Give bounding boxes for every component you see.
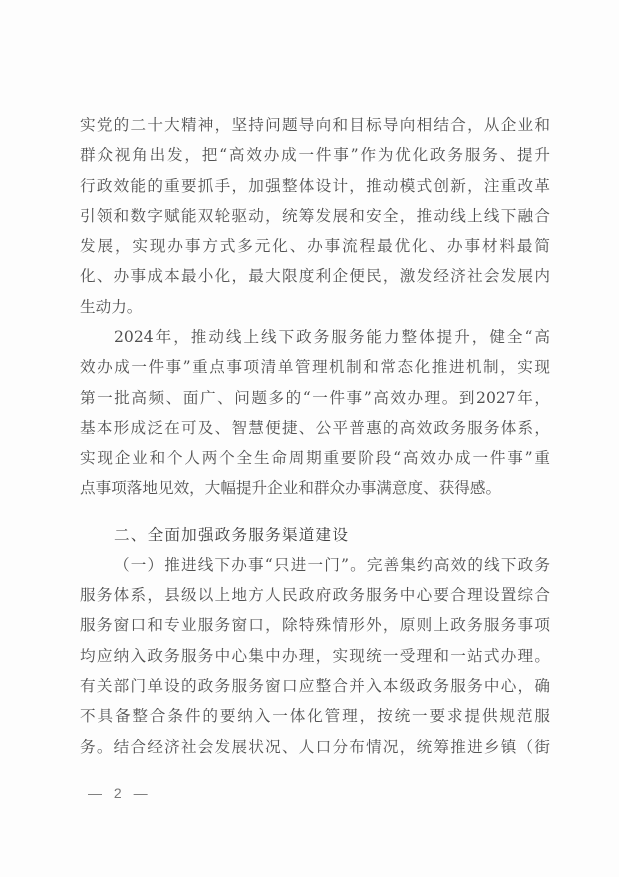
text-line: 发展，实现办事方式多元化、办事流程最优化、办事材料最简 — [80, 231, 550, 261]
text-line: 效办成一件事”重点事项清单管理机制和常态化推进机制，实现 — [80, 352, 550, 382]
text-line: 点事项落地见效，大幅提升企业和群众办事满意度、获得感。 — [80, 473, 550, 503]
text-line: 务。结合经济社会发展状况、人口分布情况，统筹推进乡镇（街 — [80, 732, 550, 762]
text-line: 行政效能的重要抓手，加强整体设计，推动模式创新，注重改革 — [80, 171, 550, 201]
text-line: 有关部门单设的政务服务窗口应整合并入本级政务服务中心，确 — [80, 671, 550, 701]
text-line: 实现企业和个人两个全生命周期重要阶段“高效办成一件事”重 — [80, 443, 550, 473]
text-line: 化、办事成本最小化，最大限度利企便民，激发经济社会发展内 — [80, 261, 550, 291]
text-line: 引领和数字赋能双轮驱动，统筹发展和安全，推动线上线下融合 — [80, 201, 550, 231]
text-line: 实党的二十大精神，坚持问题导向和目标导向相结合，从企业和 — [80, 110, 550, 140]
text-line: 不具备整合条件的要纳入一体化管理，按统一要求提供规范服 — [80, 701, 550, 731]
text-line: 第一批高频、面广、问题多的“一件事”高效办理。到2027年， — [80, 383, 550, 413]
text-line: （一）推进线下办事“只进一门”。完善集约高效的线下政务 — [114, 550, 550, 580]
text-line: 服务体系，县级以上地方人民政府政务服务中心要合理设置综合 — [80, 580, 550, 610]
text-line: 生动力。 — [80, 292, 550, 322]
text-line: 基本形成泛在可及、智慧便捷、公平普惠的高效政务服务体系， — [80, 413, 550, 443]
page-number: — 2 — — [88, 782, 152, 804]
text-line: 2024年，推动线上线下政务服务能力整体提升，健全“高 — [114, 322, 550, 352]
text-line: 服务窗口和专业服务窗口，除特殊情形外，原则上政务服务事项 — [80, 610, 550, 640]
text-line: 均应纳入政务服务中心集中办理，实现统一受理和一站式办理。 — [80, 641, 550, 671]
section-heading: 二、全面加强政务服务渠道建设 — [114, 520, 349, 550]
text-line: 群众视角出发，把“高效办成一件事”作为优化政务服务、提升 — [80, 140, 550, 170]
document-page: 实党的二十大精神，坚持问题导向和目标导向相结合，从企业和 群众视角出发，把“高效… — [0, 0, 619, 877]
